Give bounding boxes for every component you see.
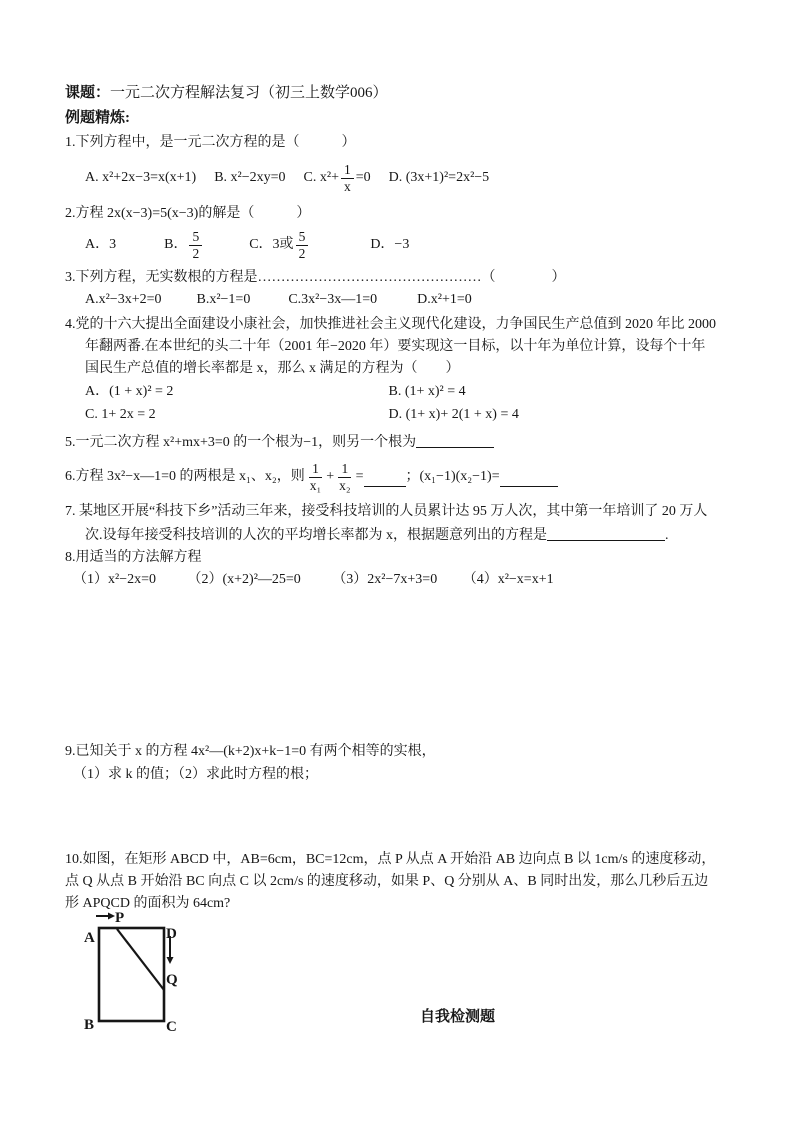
q6-mid: ；(x₁−1)(x₂−1)=	[406, 466, 500, 488]
point-b-label: B	[84, 1017, 94, 1033]
fraction-numerator: 5	[189, 229, 202, 246]
q9-line1: 9.已知关于 x 的方程 4x²—(k+2)x+k−1=0 有两个相等的实根，	[65, 741, 743, 763]
q6-plus: +	[326, 466, 334, 488]
q1-option-c-post: =0	[356, 170, 371, 185]
fraction-denominator: 2	[189, 246, 202, 262]
q3-options: A.x²−3x+2=0 B.x²−1=0 C.3x²−3x—1=0 D.x²+1…	[65, 289, 743, 311]
q8-item-1: （1）x²−2x=0	[73, 572, 156, 587]
fraction-denominator: 2	[296, 246, 309, 262]
q2-option-c: C．3或52	[249, 229, 310, 261]
fraction-numerator: 5	[296, 229, 309, 246]
q4-options-ab: A．(1 + x)² = 2 B. (1+ x)² = 4	[65, 381, 743, 403]
right-arrow-icon	[96, 913, 115, 920]
q7-line2-text: 次.设每年接受科技培训的人次的平均增长率都为 x，根据题意列出的方程是	[85, 528, 547, 543]
q2-option-c-pre: C．3或	[249, 237, 293, 252]
q4-line2: 年翻两番.在本世纪的头二十年（2001 年−2020 年）要实现这一目标，以十年…	[65, 336, 743, 358]
fraction: 1x	[341, 162, 354, 194]
q9-line2: （1）求 k 的值；（2）求此时方程的根；	[65, 764, 743, 786]
q4-option-c: C. 1+ 2x = 2	[85, 404, 385, 426]
point-a-label: A	[84, 930, 95, 946]
rectangle-diagram: P A D Q B C	[60, 898, 210, 1053]
fraction-denominator: x₁	[307, 478, 324, 494]
q10-rectangle-figure: P A D Q B C	[60, 898, 210, 1061]
q2-options: A．3 B．52 C．3或52 D．−3	[65, 225, 743, 265]
q7-line2: 次.设每年接受科技培训的人次的平均增长率都为 x，根据题意列出的方程是.	[65, 523, 743, 547]
title-label: 课题：	[65, 85, 110, 101]
worksheet-page: 课题：一元二次方程解法复习（初三上数学006） 例题精炼: 1.下列方程中，是一…	[0, 0, 793, 1122]
q7-line1: 7. 某地区开展“科技下乡”活动三年来，接受科技培训的人员累计达 95 万人次，…	[65, 501, 743, 523]
q6-equals: =	[356, 466, 364, 488]
q4-options-cd: C. 1+ 2x = 2 D. (1+ x)+ 2(1 + x) = 4	[65, 404, 743, 426]
q4-line3: 国民生产总值的增长率都是 x，那么 x 满足的方程为（ ）	[65, 358, 743, 380]
answer-blank	[364, 471, 406, 487]
q8-item-4: （4）x²−x=x+1	[463, 572, 554, 587]
fraction-denominator: x₂	[336, 478, 353, 494]
point-q-label: Q	[166, 972, 178, 988]
q7-line2-period: .	[665, 528, 669, 543]
self-test-heading: 自我检测题	[420, 1006, 495, 1028]
point-d-label: D	[166, 926, 177, 942]
q2-option-b-pre: B．	[164, 237, 187, 252]
q1-option-d: D. (3x+1)²=2x²−5	[389, 167, 490, 189]
q10-line2: 点 Q 从点 B 开始沿 BC 向点 C 以 2cm/s 的速度移动，如果 P、…	[65, 871, 743, 893]
fraction: 1x₁	[307, 461, 324, 493]
point-c-label: C	[166, 1019, 177, 1035]
q4-line1: 4.党的十六大提出全面建设小康社会，加快推进社会主义现代化建设，力争国民生产总值…	[65, 314, 743, 336]
fraction: 52	[296, 229, 309, 261]
q3-option-a: A.x²−3x+2=0	[85, 289, 162, 311]
answer-blank	[500, 471, 558, 487]
q1-options: A. x²+2x−3=x(x+1) B. x²−2xy=0 C. x²+1x=0…	[65, 158, 743, 198]
q1-stem: 1.下列方程中，是一元二次方程的是（ ）	[65, 132, 743, 154]
q2-option-d: D．−3	[370, 234, 409, 256]
q1-option-a: A. x²+2x−3=x(x+1)	[85, 167, 196, 189]
fraction-numerator: 1	[338, 461, 351, 478]
rectangle-abcd	[99, 928, 164, 1021]
q2-option-a: A．3	[85, 234, 116, 256]
q8-equations: （1）x²−2x=0 （2）(x+2)²—25=0 （3）2x²−7x+3=0 …	[65, 569, 743, 591]
q4-option-a: A．(1 + x)² = 2	[85, 381, 385, 403]
answer-blank	[547, 525, 665, 541]
q3-stem: 3.下列方程，无实数根的方程是…………………………………………（ ）	[65, 267, 743, 289]
title-text: 一元二次方程解法复习（初三上数学006）	[110, 85, 388, 101]
q3-option-b: B.x²−1=0	[197, 289, 251, 311]
fraction-numerator: 1	[309, 461, 322, 478]
q8-item-2: （2）(x+2)²—25=0	[188, 572, 301, 587]
point-p-label: P	[115, 910, 124, 926]
segment-pq	[117, 929, 164, 990]
fraction-numerator: 1	[341, 162, 354, 179]
q1-option-b: B. x²−2xy=0	[214, 167, 285, 189]
answer-blank	[416, 432, 494, 448]
q6-pre: 6.方程 3x²−x—1=0 的两根是 x₁、x₂，则	[65, 466, 305, 488]
worksheet-content: 课题：一元二次方程解法复习（初三上数学006） 例题精炼: 1.下列方程中，是一…	[0, 0, 793, 915]
q5-text: 5.一元二次方程 x²+mx+3=0 的一个根为−1，则另一个根为	[65, 435, 416, 450]
q6-stem: 6.方程 3x²−x—1=0 的两根是 x₁、x₂，则 1x₁ + 1x₂ = …	[65, 456, 743, 498]
q3-option-c: C.3x²−3x—1=0	[288, 289, 377, 311]
q2-stem: 2.方程 2x(x−3)=5(x−3)的解是（ ）	[65, 203, 743, 225]
q8-item-3: （3）2x²−7x+3=0	[332, 572, 437, 587]
q4-option-d: D. (1+ x)+ 2(1 + x) = 4	[389, 407, 519, 422]
fraction: 52	[189, 229, 202, 261]
section-heading: 例题精炼:	[65, 107, 743, 129]
fraction: 1x₂	[336, 461, 353, 493]
q3-option-d: D.x²+1=0	[417, 289, 472, 311]
q2-option-b: B．52	[164, 229, 204, 261]
q5-stem: 5.一元二次方程 x²+mx+3=0 的一个根为−1，则另一个根为	[65, 430, 743, 454]
q1-option-c: C. x²+1x=0	[304, 162, 371, 194]
q1-option-c-pre: C. x²+	[304, 170, 339, 185]
q4-option-b: B. (1+ x)² = 4	[389, 384, 466, 399]
worksheet-title: 课题：一元二次方程解法复习（初三上数学006）	[65, 82, 743, 104]
q8-header: 8.用适当的方法解方程	[65, 547, 743, 569]
fraction-denominator: x	[341, 179, 354, 195]
q10-line1: 10.如图，在矩形 ABCD 中，AB=6cm，BC=12cm，点 P 从点 A…	[65, 849, 743, 871]
